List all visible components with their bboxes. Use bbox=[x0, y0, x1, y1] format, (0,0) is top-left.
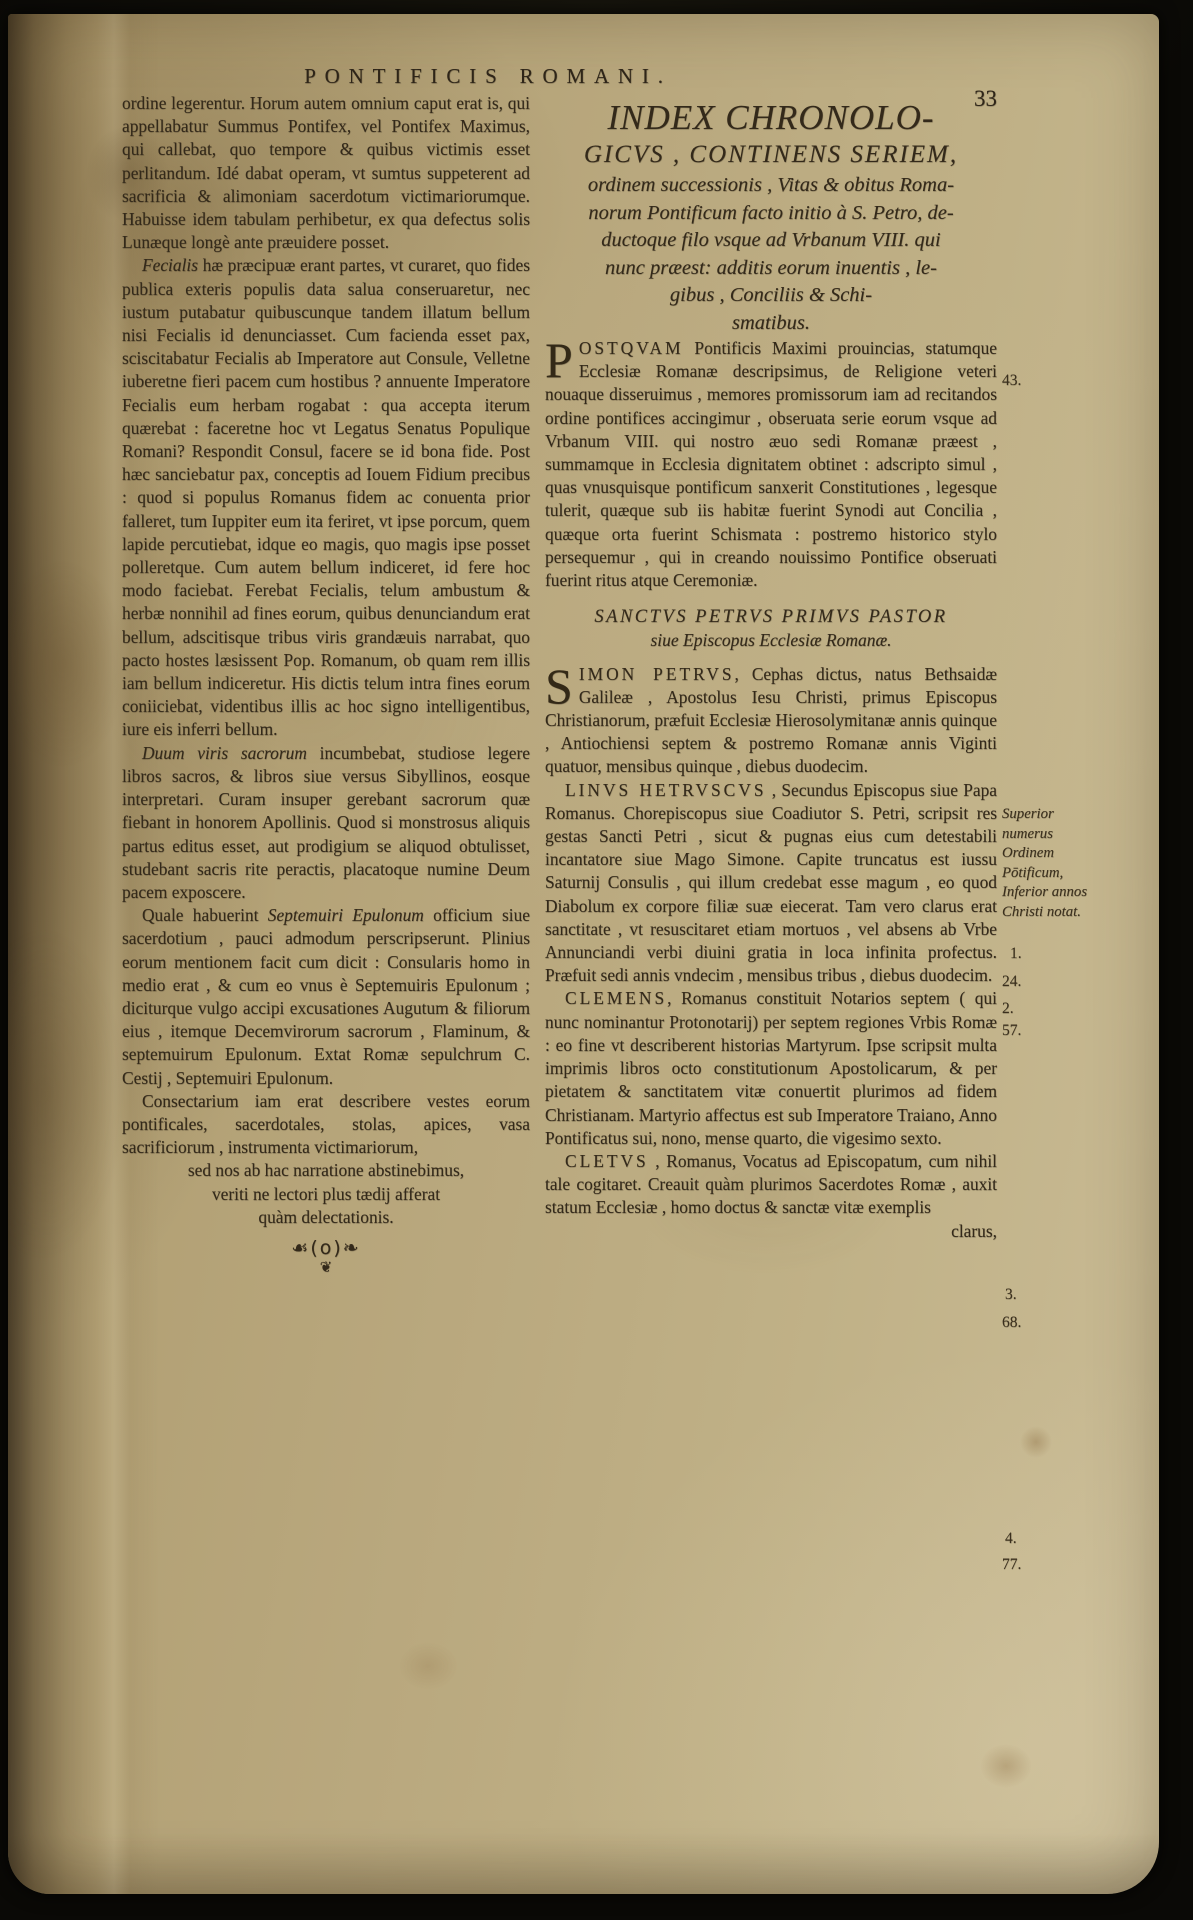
paragraph-lead-caps: LINVS HETRVSCVS bbox=[565, 780, 767, 800]
paragraph-lead-italic: Fecialis bbox=[142, 255, 198, 275]
book-scan: PONTIFICIS ROMANI. 33 ordine legerentur.… bbox=[0, 0, 1193, 1920]
index-title-line: INDEX CHRONOLO- bbox=[545, 98, 997, 138]
paragraph-septemviri: Quale habuerint Septemuiri Epulonum offi… bbox=[122, 904, 530, 1090]
index-subtitle-line: ductoque filo vsque ad Vrbanum VIII. qui bbox=[545, 227, 997, 255]
paragraph-duumviri: Duum viris sacrorum incumbebat, studiose… bbox=[122, 742, 530, 904]
margin-order-note: 3. bbox=[1005, 1286, 1017, 1304]
paragraph-text: , Secundus Episcopus siue Papa Romanus. … bbox=[545, 780, 997, 986]
paragraph-text: officium siue sacerdotium , pauci admodu… bbox=[122, 905, 530, 1087]
left-column: ordine legerentur. Horum autem omnium ca… bbox=[122, 92, 530, 1274]
paragraph-lead-italic: Duum viris sacrorum bbox=[142, 743, 307, 763]
index-subtitle-line: norum Pontificum facto initio à S. Petro… bbox=[545, 200, 997, 228]
margin-year-note: 43. bbox=[1002, 372, 1021, 390]
catchword: clarus, bbox=[545, 1220, 997, 1243]
running-header: PONTIFICIS ROMANI. bbox=[98, 64, 878, 89]
index-subtitle-line: ordinem successionis , Vitas & obitus Ro… bbox=[545, 172, 997, 200]
printer-ornament: ☙(o)❧ bbox=[122, 1237, 530, 1260]
closing-line: quàm delectationis. bbox=[122, 1206, 530, 1229]
margin-year-note: 77. bbox=[1002, 1556, 1021, 1574]
paragraph-lead-caps: IMON PETRVS bbox=[579, 664, 735, 684]
closing-line: sed nos ab hac narratione abstinebimus, bbox=[122, 1159, 530, 1182]
paragraph-clemens: CLEMENS, Romanus constituit Notarios sep… bbox=[545, 987, 997, 1149]
paragraph-lead-caps: CLEMENS bbox=[565, 988, 667, 1008]
index-subtitle-line: nunc præest: additis eorum inuentis , le… bbox=[545, 255, 997, 283]
paragraph-text: Quale habuerint bbox=[142, 905, 268, 925]
paragraph-text: Pontificis Maximi prouincias, statumque … bbox=[545, 338, 997, 590]
printer-ornament-tail: ❦ bbox=[122, 1260, 530, 1274]
margin-order-note: 2. bbox=[1002, 1000, 1014, 1018]
index-subtitle-line: smatibus. bbox=[545, 310, 997, 338]
margin-legend-note: Superior numerus Ordinem Pōtificum, Infe… bbox=[1002, 805, 1098, 922]
section-subheading: siue Episcopus Ecclesiæ Romanæ. bbox=[545, 629, 997, 652]
paragraph-fecialis: Fecialis hæ præcipuæ erant partes, vt cu… bbox=[122, 254, 530, 741]
paragraph-text: , Romanus constituit Notarios septem ( q… bbox=[545, 988, 997, 1147]
right-column: INDEX CHRONOLO- GICVS , CONTINENS SERIEM… bbox=[545, 98, 997, 1243]
margin-order-note: 4. bbox=[1005, 1530, 1017, 1548]
drop-cap-initial: S bbox=[545, 663, 579, 706]
paragraph-text: hæ præcipuæ erant partes, vt curaret, qu… bbox=[122, 255, 530, 739]
paragraph-continuation: ordine legerentur. Horum autem omnium ca… bbox=[122, 92, 530, 254]
margin-year-note: 68. bbox=[1002, 1314, 1021, 1332]
closing-line: veriti ne lectori plus tædij afferat bbox=[122, 1183, 530, 1206]
margin-year-note: 24. bbox=[1002, 973, 1021, 991]
paragraph-cletus: CLETVS , Romanus, Vocatus ad Episcopatum… bbox=[545, 1150, 997, 1220]
paragraph-simon-petrus: SIMON PETRVS, Cephas dictus, natus Beths… bbox=[545, 663, 997, 779]
paragraph-text: incumbebat, studiose legere libros sacro… bbox=[122, 743, 530, 902]
paragraph-text: ordine legerentur. Horum autem omnium ca… bbox=[122, 93, 530, 252]
margin-year-note: 57. bbox=[1002, 1022, 1021, 1040]
index-subtitle-line: gibus , Conciliis & Schi- bbox=[545, 282, 997, 310]
section-heading: SANCTVS PETRVS PRIMVS PASTOR bbox=[545, 606, 997, 629]
index-title-line: GICVS , CONTINENS SERIEM, bbox=[545, 138, 997, 172]
paragraph-consectarium: Consectarium iam erat describere vestes … bbox=[122, 1090, 530, 1160]
paragraph-postquam: POSTQVAM Pontificis Maximi prouincias, s… bbox=[545, 337, 997, 592]
paragraph-lead-caps: CLETVS bbox=[565, 1151, 649, 1171]
paragraph-text: Consectarium iam erat describere vestes … bbox=[122, 1091, 530, 1157]
book-page: PONTIFICIS ROMANI. 33 ordine legerentur.… bbox=[8, 14, 1159, 1894]
paragraph-linus: LINVS HETRVSCVS , Secundus Episcopus siu… bbox=[545, 779, 997, 988]
drop-cap-initial: P bbox=[545, 337, 579, 380]
paragraph-lead-caps: OSTQVAM bbox=[579, 338, 684, 358]
paragraph-italic-phrase: Septemuiri Epulonum bbox=[268, 905, 424, 925]
margin-order-note: 1. bbox=[1010, 945, 1022, 963]
